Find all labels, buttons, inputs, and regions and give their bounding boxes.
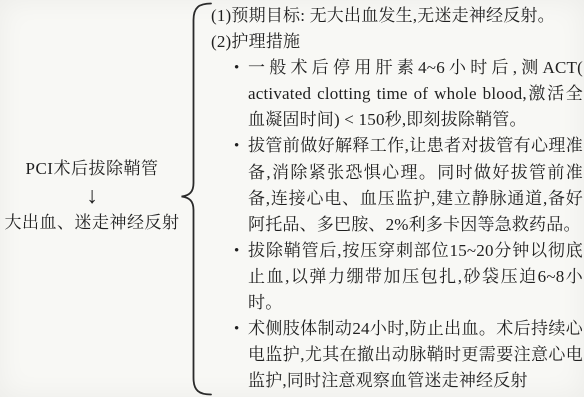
care-measure-item: • 术侧肢体制动24小时,防止出血。术后持续心电监护,尤其在撤出动脉鞘时更需要注… <box>211 316 583 394</box>
care-plan-content: (1)预期目标: 无大出血发生,无迷走神经反射。 (2)护理措施 • 一般术后停… <box>211 3 583 394</box>
bullet-icon: • <box>234 316 248 394</box>
care-measure-text: 拔管前做好解释工作,让患者对拔管有心理准备,消除紧张恐惧心理。同时做好拔管前准备… <box>248 133 583 237</box>
care-measure-item: • 拔管前做好解释工作,让患者对拔管有心理准备,消除紧张恐惧心理。同时做好拔管前… <box>211 133 583 237</box>
expected-goal-line: (1)预期目标: 无大出血发生,无迷走神经反射。 <box>211 3 583 29</box>
care-measure-text: 术侧肢体制动24小时,防止出血。术后持续心电监护,尤其在撤出动脉鞘时更需要注意心… <box>248 316 583 394</box>
bullet-icon: • <box>234 55 248 133</box>
care-measure-item: • 一般术后停用肝素4~6小时后,测ACT( activated clottin… <box>211 55 583 133</box>
nursing-measures-heading: (2)护理措施 <box>211 29 583 55</box>
bullet-icon: • <box>234 238 248 316</box>
care-measure-item: • 拔除鞘管后,按压穿刺部位15~20分钟以彻底止血,以弹力绷带加压包扎,砂袋压… <box>211 238 583 316</box>
care-measure-text: 一般术后停用肝素4~6小时后,测ACT( activated clotting … <box>248 55 583 133</box>
left-label-group: PCI术后拔除鞘管 ↓ 大出血、迷走神经反射 <box>2 157 182 234</box>
curly-brace-icon <box>178 2 214 396</box>
precondition-label: PCI术后拔除鞘管 <box>2 157 182 180</box>
down-arrow-icon: ↓ <box>2 183 182 209</box>
complication-label: 大出血、迷走神经反射 <box>2 211 182 234</box>
scanned-document-page: PCI术后拔除鞘管 ↓ 大出血、迷走神经反射 (1)预期目标: 无大出血发生,无… <box>0 0 584 397</box>
bullet-icon: • <box>234 133 248 237</box>
care-measure-text: 拔除鞘管后,按压穿刺部位15~20分钟以彻底止血,以弹力绷带加压包扎,砂袋压迫6… <box>248 238 583 316</box>
